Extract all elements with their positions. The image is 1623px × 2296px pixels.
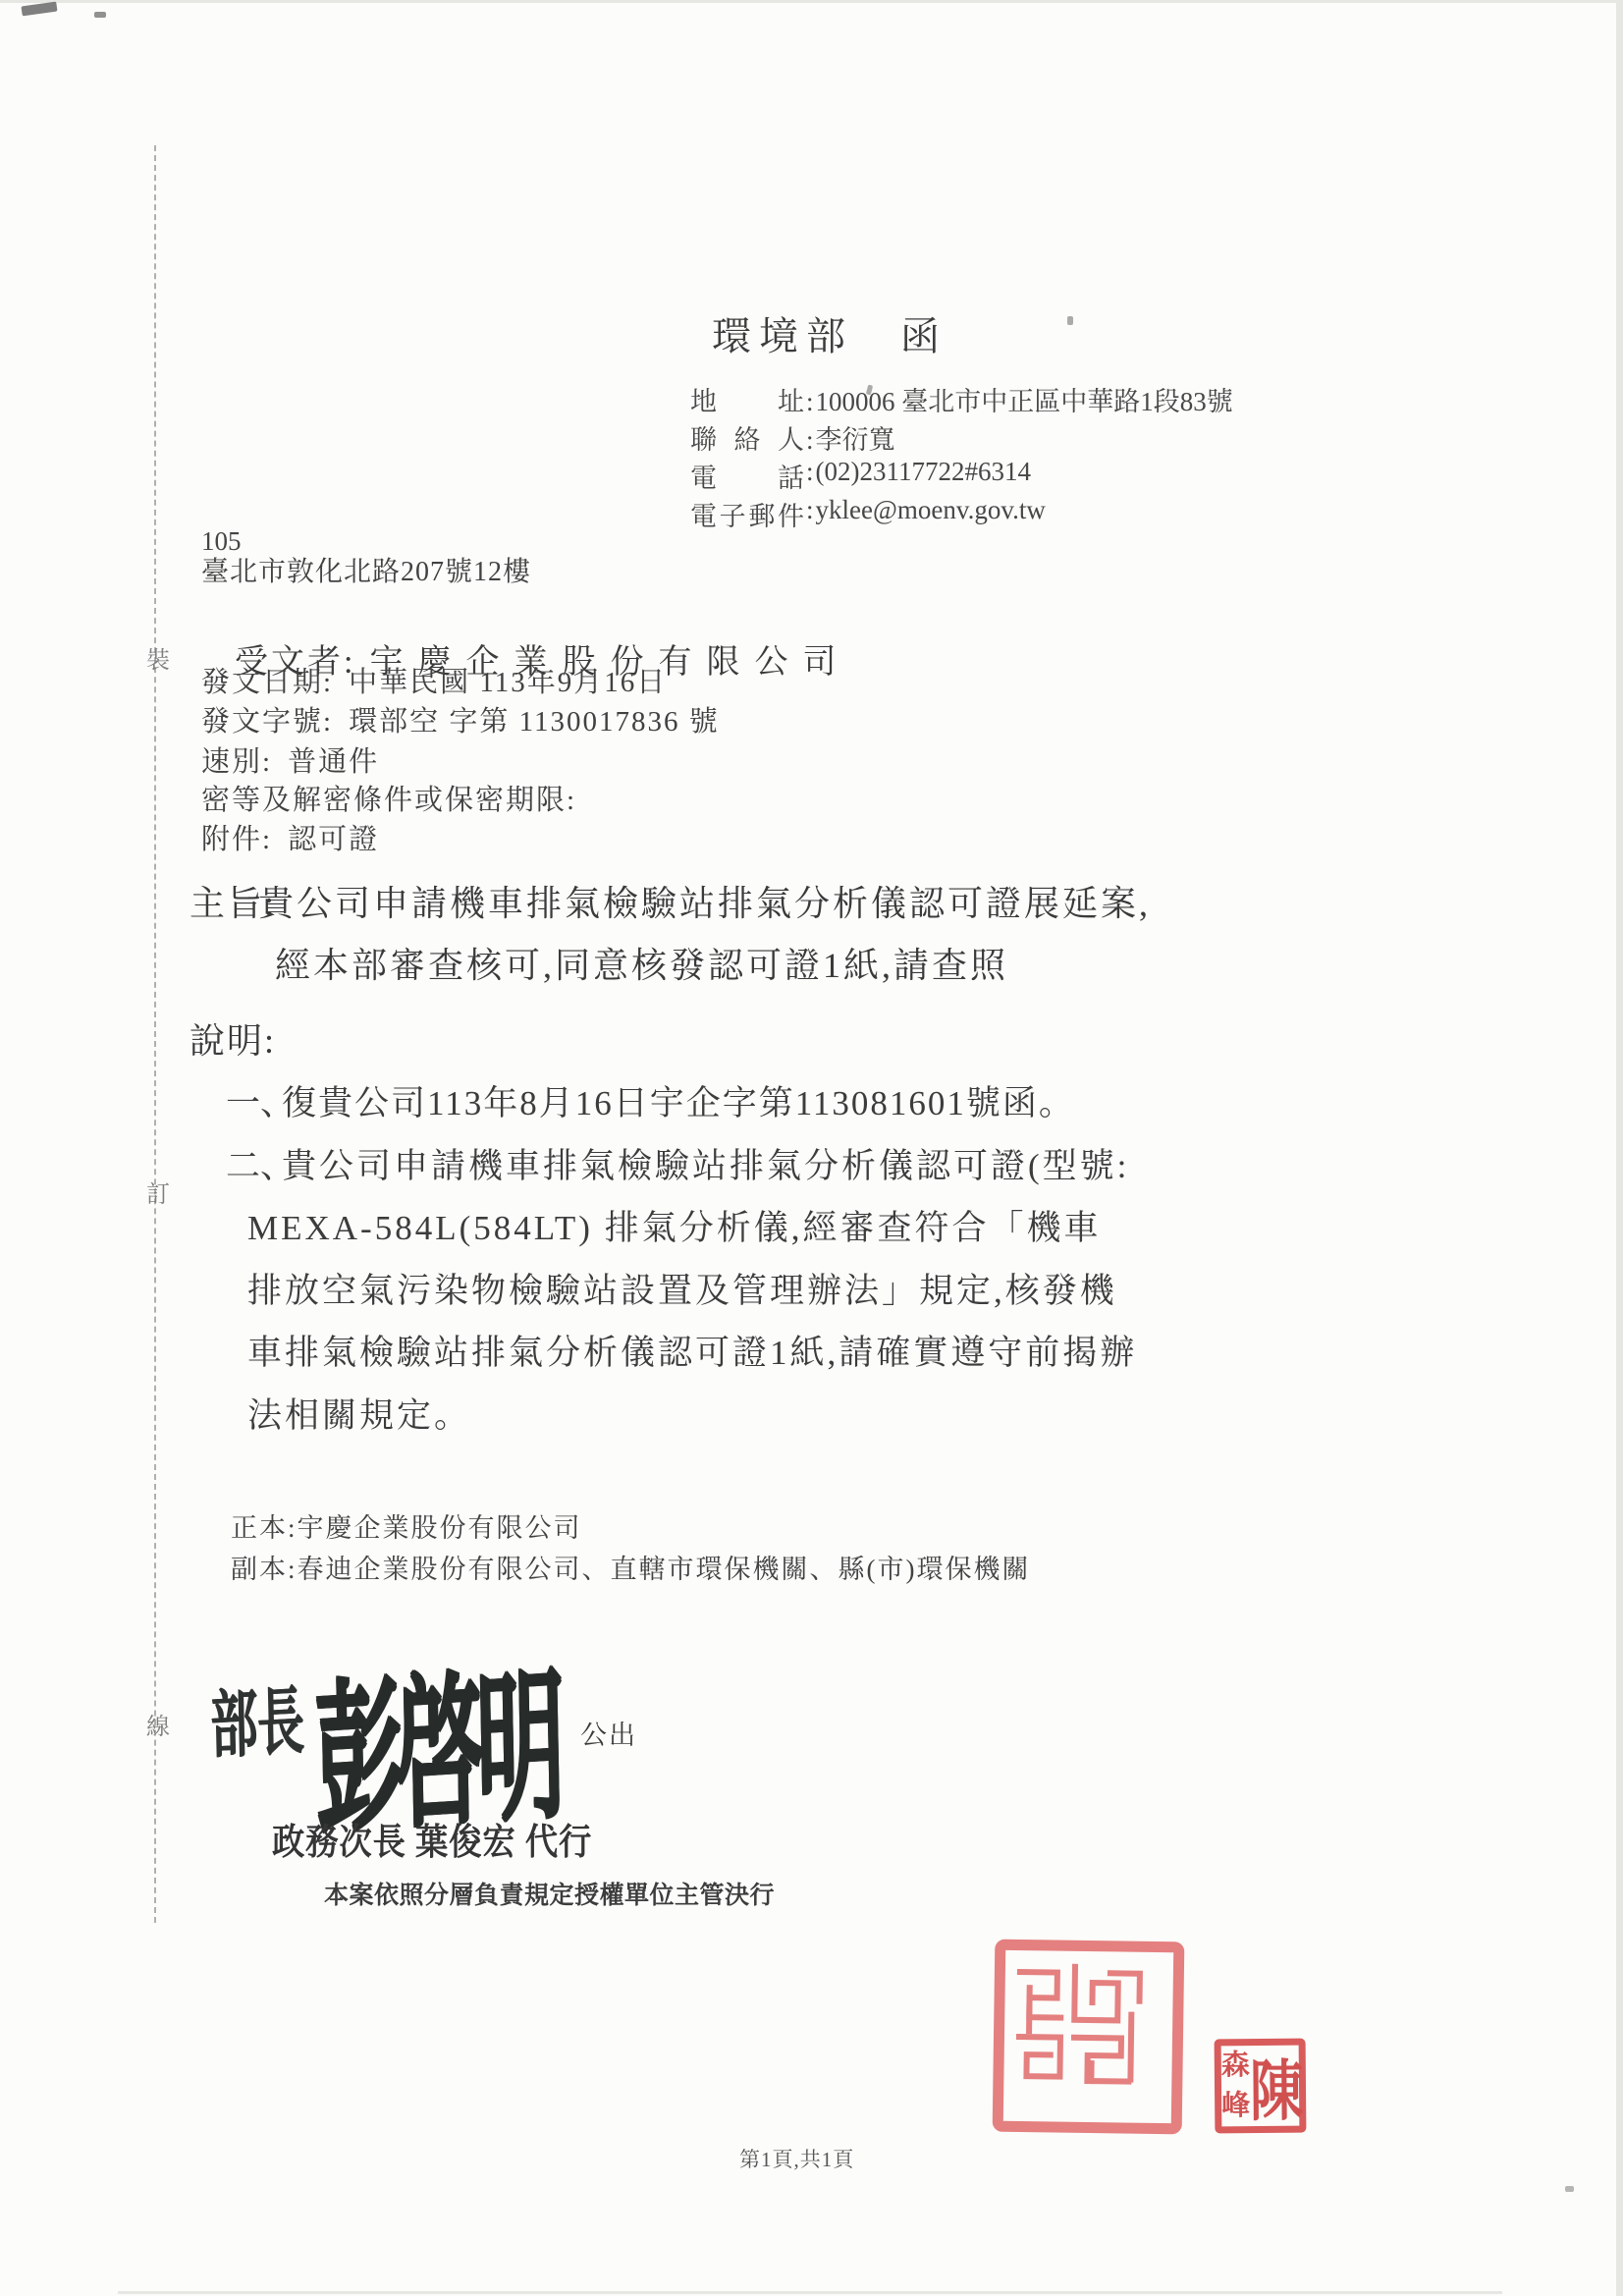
meta-date-label: 發文日期: [201,667,333,698]
personal-seal-right-column: 陳 [1250,2035,1304,2136]
official-seal-glyphs [1006,1954,1151,2098]
distribution-copy-row: 副本:春迪企業股份有限公司、直轄市環保機關、縣(市)環保機關 [196,1524,1031,1615]
meta-speed-value: 普通件 [288,746,379,778]
minister-title: 部長 [209,1663,304,1774]
personal-seal: 森 峰 陳 [1215,2039,1307,2134]
contact-person-row: 聯絡人:李衍寬 [690,418,895,457]
binding-fold-line [154,145,156,1923]
meta-row-security: 密等及解密條件或保密期限: [201,778,592,818]
description-label: 說明: [189,1021,276,1062]
personal-seal-char-chen: 陳 [1250,2038,1304,2133]
description-item2-line4: 車排氣檢驗站排氣分析儀認可證1紙,請確實遵守前揭辦 [247,1334,1137,1373]
description-item2-line3: 排放空氣污染物檢驗站設置及管理辦法」規定,核發機 [247,1272,1117,1311]
contact-colon: : [806,457,814,487]
scan-speck [1565,2186,1574,2192]
personal-seal-left-column: 森 峰 [1221,2046,1251,2126]
meta-attachment-label: 附件: [201,824,272,855]
description-item1-text: 復貴公司113年8月16日宇企字第113081601號函。 [282,1084,1075,1123]
meta-row-attachment: 附件:認可證 [201,817,379,857]
authorization-note: 本案依照分層負責規定授權單位主管決行 [324,1876,775,1911]
meta-number-value: 環部空 字第 1130017836 號 [349,706,720,738]
binding-mark-ding: 訂 [143,1175,173,1209]
scan-speck [21,2,57,17]
scan-speck [1067,316,1073,325]
meta-number-label: 發文字號: [201,706,333,738]
meta-row-date: 發文日期:中華民國 113年9月16日 [201,660,667,700]
contact-person-value: 李衍寬 [816,425,895,455]
meta-row-number: 發文字號:環部空 字第 1130017836 號 [201,699,720,739]
binding-mark-zhuang: 裝 [143,640,173,675]
meta-row-speed: 速別:普通件 [201,739,379,780]
contact-phone-value: (02)23117722#6314 [816,457,1031,486]
meta-security-label: 密等及解密條件或保密期限: [201,785,576,816]
scan-bottom-edge [118,2291,1502,2294]
meta-date-value: 中華民國 113年9月16日 [349,667,667,698]
deputy-minister-line: 政務次長 葉俊宏 代行 [272,1812,592,1865]
page-number-footer: 第1頁,共1頁 [739,2144,854,2173]
recipient-postal-code: 105 [201,526,242,557]
contact-colon: : [806,495,814,525]
contact-phone-row: 電話:(02)23117722#6314 [690,457,1031,495]
contact-address-value: 100006 臺北市中正區中華路1段83號 [816,387,1233,416]
meta-attachment-value: 認可證 [288,824,379,855]
contact-colon: : [806,387,814,417]
personal-seal-char-sen: 森 [1221,2051,1250,2080]
scan-speck [94,12,106,18]
recipient-street-address: 臺北市敦化北路207號12樓 [201,557,531,588]
agency-title: 環境部 函 [712,314,947,359]
contact-email-label: 電子郵件 [690,495,804,533]
subject-line2: 經本部審查核可,同意核發認可證1紙,請查照 [275,946,1008,986]
contact-phone-label: 電話 [690,457,804,495]
minister-status: 公出 [580,1714,637,1752]
distribution-copy-label: 副本: [231,1555,298,1584]
contact-person-label: 聯絡人 [690,418,804,457]
scanned-letter-page: 裝 訂 線 環境部 函 地址:100006 臺北市中正區中華路1段83號 聯絡人… [0,0,1623,2296]
subject-line1: 貴公司申請機車排氣檢驗站排氣分析儀認可證展延案, [258,884,1151,924]
personal-seal-char-feng: 峰 [1221,2092,1250,2120]
distribution-copy-value: 春迪企業股份有限公司、直轄市環保機關、縣(市)環保機關 [298,1555,1031,1584]
contact-colon: : [806,425,814,456]
contact-email-row: 電子郵件:yklee@moenv.gov.tw [690,495,1046,533]
description-item2-line5: 法相關規定。 [247,1396,471,1436]
description-item2-line2: MEXA-584L(584LT) 排氣分析儀,經審查符合「機車 [247,1209,1101,1248]
binding-mark-xian: 線 [143,1707,173,1741]
official-seal [993,1940,1185,2135]
meta-speed-label: 速別: [201,746,272,778]
scan-top-edge [0,0,1623,3]
contact-address-label: 地址 [690,380,804,418]
contact-email-value: yklee@moenv.gov.tw [816,495,1046,524]
contact-address-row: 地址:100006 臺北市中正區中華路1段83號 [690,380,1233,418]
description-item2-line1: 貴公司申請機車排氣檢驗站排氣分析儀認可證(型號: [282,1147,1129,1186]
scan-right-edge [1616,0,1623,2296]
